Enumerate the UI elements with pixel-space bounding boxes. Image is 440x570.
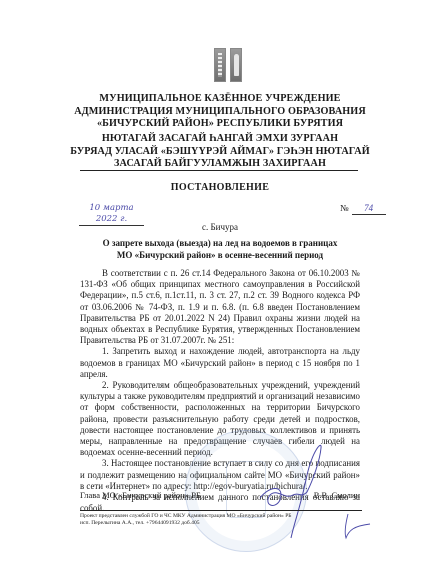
clause-2: 2. Руководителям общеобразовательных учр…: [80, 380, 360, 458]
subject-line-1: О запрете выхода (выезда) на лед на водо…: [0, 237, 440, 249]
header-bur-line-1: НЮТАГАЙ ЗАСАГАЙ ҺАНГАЙ ЭМХИ ЗУРГААН: [0, 133, 440, 146]
document-type: ПОСТАНОВЛЕНИЕ: [0, 182, 440, 193]
preamble-paragraph: В соответствии с п. 26 ст.14 Федеральног…: [80, 268, 360, 346]
clause-1: 1. Запретить выход и нахождение людей, а…: [80, 346, 360, 380]
document-place: с. Бичура: [0, 222, 440, 232]
number-label: №: [340, 203, 349, 213]
header-divider: [80, 170, 358, 171]
header-bur-line-3: ЗАСАГАЙ БАЙГУУЛАМЖЫН ЗАХИРГААН: [0, 158, 440, 171]
initials-signature-icon: [340, 512, 380, 542]
signatory-title: Глава МО «Бичурский район» РБ: [80, 490, 201, 500]
number-value: 74: [352, 203, 386, 215]
footer-divider: [80, 510, 362, 511]
clause-3: 3. Настоящее постановление вступает в си…: [80, 458, 360, 492]
document-page: МУНИЦИПАЛЬНОЕ КАЗЁННОЕ УЧРЕЖДЕНИЕ АДМИНИ…: [0, 0, 440, 570]
coat-of-arms-icon: [214, 48, 242, 80]
footer-note: Проект представлен службой ГО и ЧС МКУ А…: [80, 513, 320, 527]
header-ru-line-1: МУНИЦИПАЛЬНОЕ КАЗЁННОЕ УЧРЕЖДЕНИЕ: [0, 93, 440, 106]
footer-line-1: Проект представлен службой ГО и ЧС МКУ А…: [80, 513, 320, 520]
document-number: №74: [340, 203, 386, 215]
document-subject: О запрете выхода (выезда) на лед на водо…: [0, 237, 440, 261]
header-ru-line-3: «БИЧУРСКИЙ РАЙОН» РЕСПУБЛИКИ БУРЯТИЯ: [0, 118, 440, 131]
footer-line-2: исп. Перелыгина А.А., тел. +79644091932 …: [80, 520, 320, 527]
signatory-name: В.В. Смолин: [314, 490, 360, 500]
subject-line-2: МО «Бичурский район» в осенне-весенний п…: [0, 249, 440, 261]
header-buryat: НЮТАГАЙ ЗАСАГАЙ ҺАНГАЙ ЭМХИ ЗУРГААН БУРЯ…: [0, 133, 440, 171]
document-body: В соответствии с п. 26 ст.14 Федеральног…: [80, 268, 360, 514]
header-ru-line-2: АДМИНИСТРАЦИЯ МУНИЦИПАЛЬНОГО ОБРАЗОВАНИЯ: [0, 106, 440, 119]
header-bur-line-2: БУРЯАД УЛАСАЙ «БЭШҮҮРЭЙ АЙМАГ» ГЭҺЭН НЮТ…: [0, 146, 440, 159]
signature-block: Глава МО «Бичурский район» РБ В.В. Смоли…: [80, 490, 360, 500]
header-russian: МУНИЦИПАЛЬНОЕ КАЗЁННОЕ УЧРЕЖДЕНИЕ АДМИНИ…: [0, 93, 440, 131]
